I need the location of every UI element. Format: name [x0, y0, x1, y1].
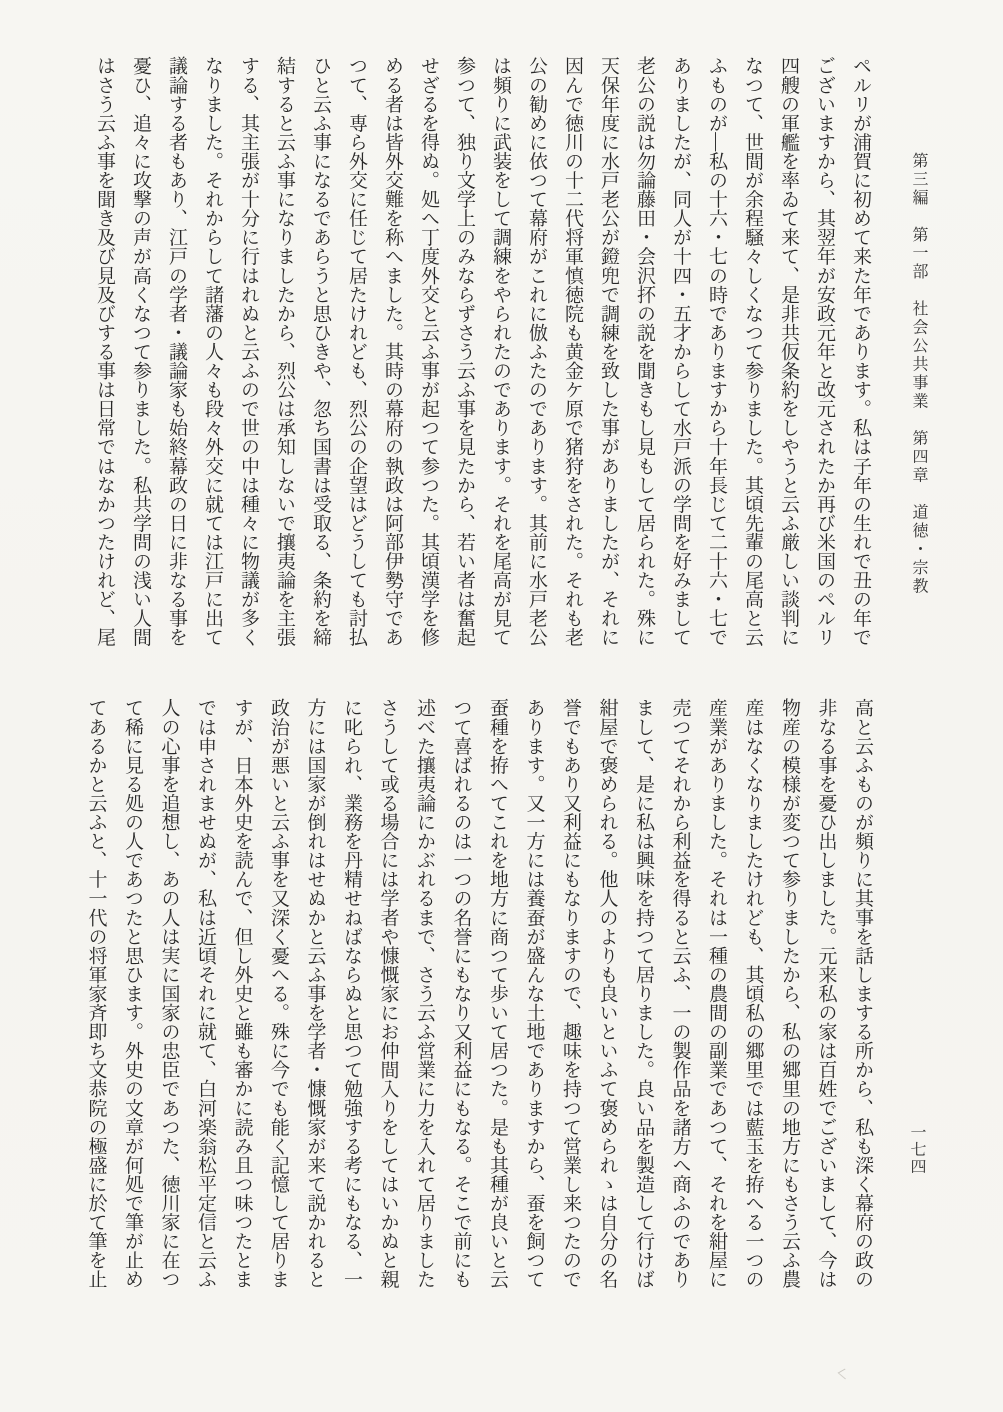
- text-column: ございますから、其翌年が安政元年と改元されたか再び米国のペルリ: [806, 56, 842, 681]
- text-column: つて、専ら外交に任じて居たけれども、烈公の企望はどうしても討払: [338, 56, 374, 681]
- top-text-block: ペルリが浦賀に初めて来た年であります。私は子年の生れで丑の年で ございますから、…: [86, 56, 878, 681]
- text-column: 政治が悪いと云ふ事を又深く憂へる。殊に今でも能く記憶して居りま: [260, 698, 297, 1323]
- text-column: すが、日本外史を読んで、但し外史と雖も審かに読み且つ味つたとま: [223, 698, 260, 1323]
- text-column: ひと云ふ事になるであらうと思ひきや、忽ち国書は受取る、条約を締: [302, 56, 338, 681]
- text-column: ふものが―私の十六・七の時でありますから十年長じて二十六・七で: [698, 56, 734, 681]
- text-column: なりました。それからして諸藩の人々も段々外交に就ては江戸に出て: [194, 56, 230, 681]
- text-column: 天保年度に水戸老公が鐙兜で調練を致した事がありましたが、それに: [590, 56, 626, 681]
- text-column: 議論する者もあり、江戸の学者・議論家も始終幕政の日に非なる事を: [158, 56, 194, 681]
- text-column: める者は皆外交難を称へました。其時の幕府の執政は阿部伊勢守であ: [374, 56, 410, 681]
- text-column: 産業がありました。それは一種の農間の副業であつて、それを紺屋に: [698, 698, 735, 1323]
- text-column: 老公の説は勿論藤田・会沢抔の説を聞きもし見もして居られた。殊に: [626, 56, 662, 681]
- text-column: ありましたが、同人が十四・五才からして水戸派の学問を好みまして: [662, 56, 698, 681]
- text-column: つて喜ばれるのは一つの名誉にもなり又利益にもなる。そこで前にも: [442, 698, 479, 1323]
- text-column: てあるかと云ふと、十一代の将軍家斉即ち文恭院の極盛に於て筆を止: [77, 698, 114, 1323]
- text-column: 誉でもあり又利益にもなりますので、趣味を持つて営業し来つたので: [552, 698, 589, 1323]
- page-number: 一七四: [905, 1124, 928, 1175]
- text-column: 公の勧めに依つて幕府がこれに倣ふたのであります。其前に水戸老公: [518, 56, 554, 681]
- text-column: まして、是に私は興味を持つて居りました。良い品を製造して行けば: [625, 698, 662, 1323]
- text-column: なつて、世間が余程騒々しくなつて参りました。其頃先輩の尾高と云: [734, 56, 770, 681]
- text-column: 方には国家が倒れはせぬかと云ふ事を学者・慷慨家が来て説かれると: [296, 698, 333, 1323]
- running-header: 第三編 第一部 社会公共事業 第四章 道徳・宗教: [907, 152, 930, 596]
- text-column: する、其主張が十分に行はれぬと云ふので世の中は種々に物議が多く: [230, 56, 266, 681]
- text-column: では申されませぬが、私は近頃それに就て、白河楽翁松平定信と云ふ: [187, 698, 224, 1323]
- text-column: さうして或る場合には学者や慷慨家にお仲間入りをしてはいかぬと親: [369, 698, 406, 1323]
- text-column: 売つてそれから利益を得ると云ふ、一の製作品を諸方へ商ふのであり: [661, 698, 698, 1323]
- text-column: 蚕種を拵へてこれを地方に商つて歩いて居つた。是も其種が良いと云: [479, 698, 516, 1323]
- text-column: 産はなくなりましたけれども、其頃私の郷里では藍玉を拵へる一つの: [734, 698, 771, 1323]
- scan-speck: [837, 1369, 852, 1380]
- text-column: 人の心事を追想し、あの人は実に国家の忠臣であつた、徳川家に在つ: [150, 698, 187, 1323]
- book-page: 第三編 第一部 社会公共事業 第四章 道徳・宗教 一七四 ペルリが浦賀に初めて来…: [0, 0, 1003, 1412]
- text-column: 高と云ふものが頻りに其事を話しまする所から、私も深く幕府の政の: [844, 698, 881, 1323]
- text-column: 紺屋で褒められる。他人のよりも良いといふて褒められゝは自分の名: [588, 698, 625, 1323]
- text-column: 因んで徳川の十二代将軍慎徳院も黄金ケ原で猪狩をされた。それも老: [554, 56, 590, 681]
- text-column: 憂ひ、追々に攻撃の声が高くなつて参りました。私共学問の浅い人間: [122, 56, 158, 681]
- text-column: 四艘の軍艦を率ゐて来て、是非共仮条約をしやうと云ふ厳しい談判に: [770, 56, 806, 681]
- text-column: はさう云ふ事を聞き及び見及びする事は日常ではなかつたけれど、尾: [86, 56, 122, 681]
- text-column: せざるを得ぬ。処へ丁度外交と云ふ事が起つて参つた。其頃漢学を修: [410, 56, 446, 681]
- text-column: に叱られ、業務を丹精せねばならぬと思つて勉強する考にもなる、一: [333, 698, 370, 1323]
- text-column: 参つて、独り文学上のみならずさう云ふ事を見たから、若い者は奮起: [446, 56, 482, 681]
- text-column: は頻りに武装をして調練をやられたのであります。それを尾高が見て: [482, 56, 518, 681]
- text-column: て稀に見る処の人であつたと思ひます。外史の文章が何処で筆が止め: [114, 698, 151, 1323]
- text-column: 述べた攘夷論にかぶれるまで、さう云ふ営業に力を入れて居りました: [406, 698, 443, 1323]
- text-column: 物産の模様が変つて参りましたから、私の郷里の地方にもさう云ふ農: [771, 698, 808, 1323]
- text-column: あります。又一方には養蚕が盛んな土地でありますから、蚕を飼つて: [515, 698, 552, 1323]
- text-column: 結すると云ふ事になりましたから、烈公は承知しないで攘夷論を主張: [266, 56, 302, 681]
- text-column: 非なる事を憂ひ出しました。元来私の家は百姓でございまして、今は: [807, 698, 844, 1323]
- text-column: ペルリが浦賀に初めて来た年であります。私は子年の生れで丑の年で: [842, 56, 878, 681]
- bottom-text-block: 高と云ふものが頻りに其事を話しまする所から、私も深く幕府の政の 非なる事を憂ひ出…: [77, 698, 880, 1323]
